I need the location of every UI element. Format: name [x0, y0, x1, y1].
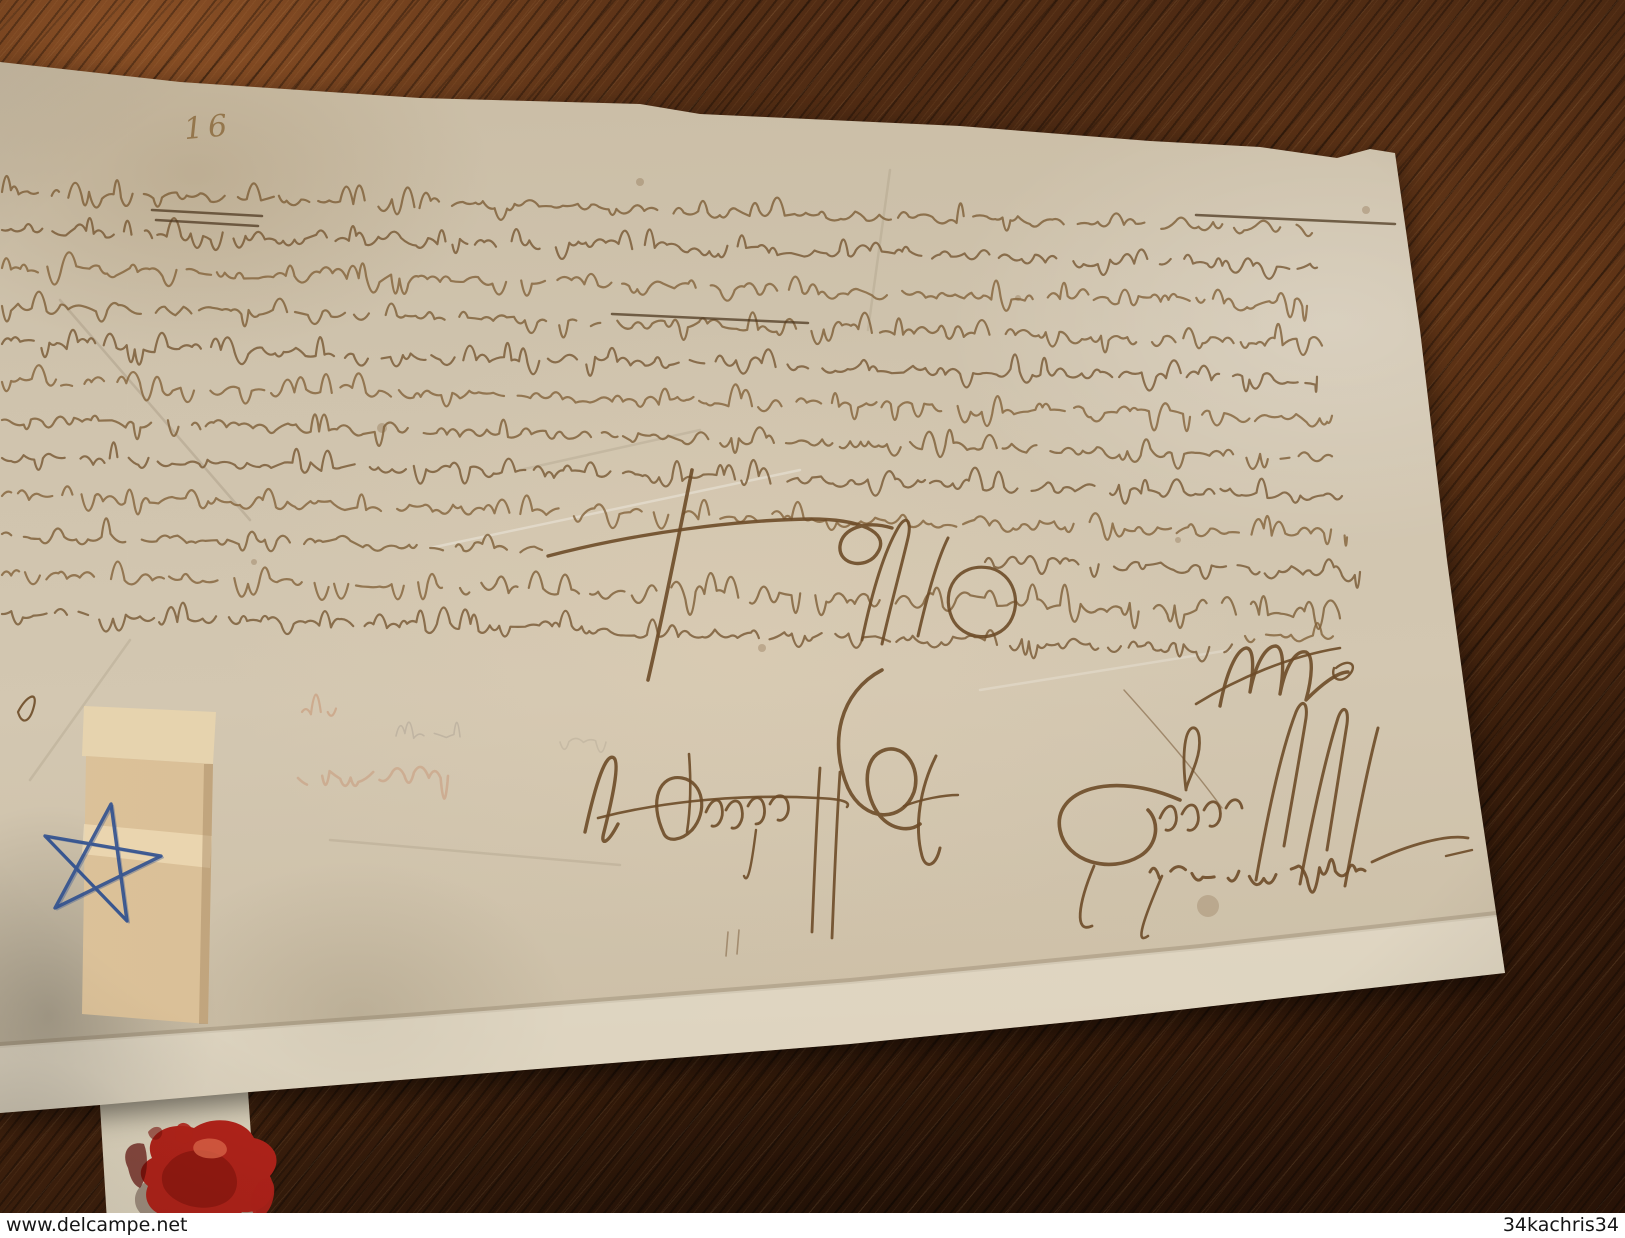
watermark-strip: www.delcampe.net 34kachris34	[0, 1213, 1625, 1238]
watermark-left-text: www.delcampe.net	[6, 1214, 188, 1237]
wax-seal	[0, 0, 1625, 1238]
watermark-right-text: 34kachris34	[1503, 1214, 1619, 1237]
manuscript-photo: 16 www.delcampe.net 34kachris34	[0, 0, 1625, 1238]
